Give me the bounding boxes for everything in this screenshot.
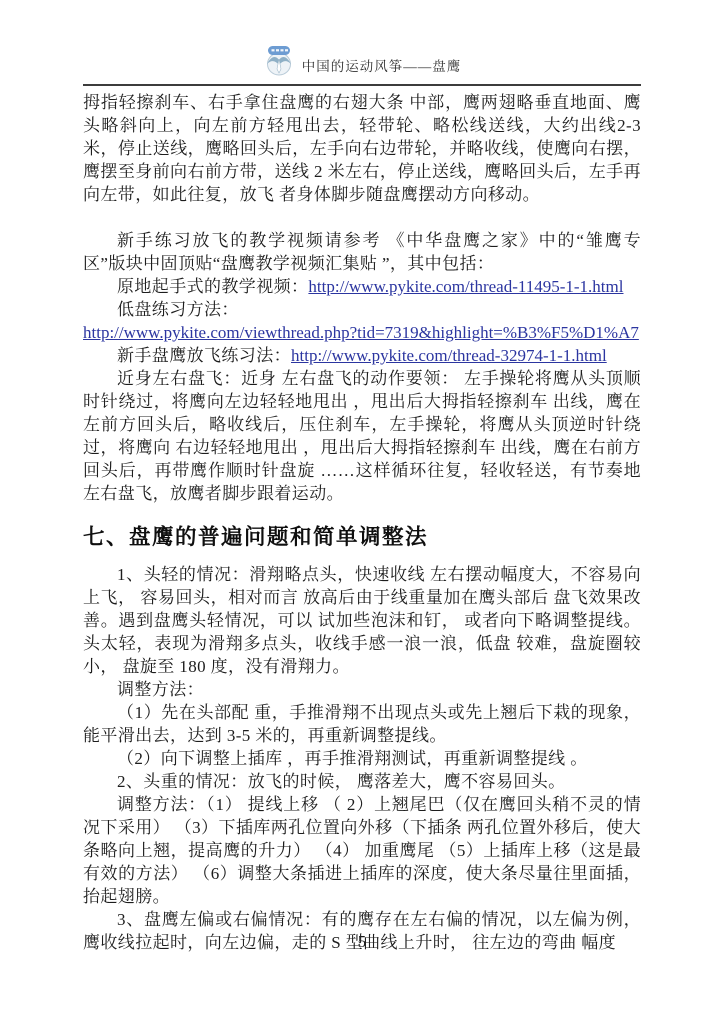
header-divider [83,84,641,86]
header-title: 中国的运动风筝——盘鹰 [302,45,462,75]
video-link-line-1: 原地起手式的教学视频：http://www.pykite.com/thread-… [83,275,641,298]
video-link-2-label: 低盘练习方法： [117,300,239,319]
paragraph-method-2: （2）向下调整上插库 ，再手推滑翔测试，再重新调整提线 。 [83,747,641,770]
paragraph-video-intro: 新手练习放飞的教学视频请参考 《中华盘鹰之家》中的“雏鹰专区”版块中固顶贴“盘鹰… [83,229,641,275]
site-emblem-icon [263,42,295,77]
link-thread-11495[interactable]: http://www.pykite.com/thread-11495-1-1.h… [308,277,623,296]
paragraph-head-heavy-methods: 调整方法：（1） 提线上移 （ 2）上翘尾巴（仅在鹰回头稍不灵的情况下采用） （… [83,793,641,908]
video-link-line-3: 新手盘鹰放飞练习法：http://www.pykite.com/thread-3… [83,344,641,367]
section-heading-7: 七、盘鹰的普遍问题和简单调整法 [83,522,641,552]
paragraph-method-1: （1）先在头部配 重，手推滑翔不出现点头或先上翘后下栽的现象，能平滑出去，达到 … [83,701,641,747]
video-link-line-2-label: 低盘练习方法： [83,298,641,321]
link-thread-32974[interactable]: http://www.pykite.com/thread-32974-1-1.h… [291,346,607,365]
paragraph-head-heavy: 2、头重的情况：放飞的时候， 鹰落差大，鹰不容易回头。 [83,770,641,793]
paragraph-close-circling: 近身左右盘飞：近身 左右盘飞的动作要领： 左手操轮将鹰从头顶顺时针绕过，将鹰向左… [83,367,641,505]
page-number: 5 [358,932,367,951]
link-viewthread-7319[interactable]: http://www.pykite.com/viewthread.php?tid… [83,323,639,342]
document-body: 拇指轻擦刹车、右手拿住盘鹰的右翅大条 中部，鹰两翅略垂直地面、鹰头略斜向上，向左… [83,91,641,954]
video-link-3-label: 新手盘鹰放飞练习法： [117,346,291,365]
video-link-1-label: 原地起手式的教学视频： [117,277,308,296]
document-page: 中国的运动风筝——盘鹰 拇指轻擦刹车、右手拿住盘鹰的右翅大条 中部，鹰两翅略垂直… [0,0,724,1024]
video-link-line-2-url: http://www.pykite.com/viewthread.php?tid… [83,321,641,344]
paragraph-method-label: 调整方法： [83,678,641,701]
page-header: 中国的运动风筝——盘鹰 [0,42,724,77]
paragraph-flight-technique: 拇指轻擦刹车、右手拿住盘鹰的右翅大条 中部，鹰两翅略垂直地面、鹰头略斜向上，向左… [83,91,641,206]
page-footer: 5 [0,932,724,952]
paragraph-head-light: 1、头轻的情况：滑翔略点头，快速收线 左右摆动幅度大，不容易向上飞， 容易回头，… [83,563,641,678]
